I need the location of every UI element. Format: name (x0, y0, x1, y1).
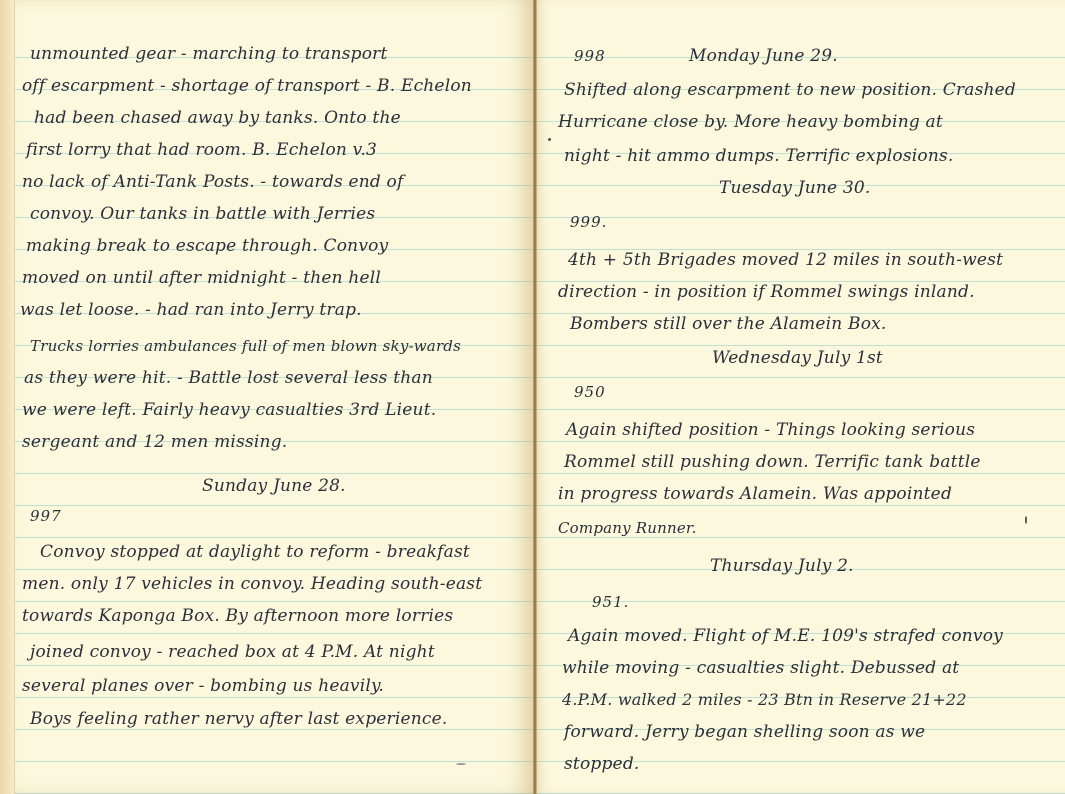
text-line: in progress towards Alamein. Was appoint… (558, 478, 952, 510)
right-page: 998 Monday June 29. Shifted along escarp… (534, 0, 1065, 794)
text-line: direction - in position if Rommel swings… (558, 276, 975, 308)
text-line: several planes over - bombing us heavily… (22, 670, 384, 702)
text-line: Hurricane close by. More heavy bombing a… (558, 106, 943, 138)
left-page: unmounted gear - marching to transport o… (0, 0, 534, 794)
ink-mark (548, 138, 551, 141)
text-line: we were left. Fairly heavy casualties 3r… (22, 394, 436, 426)
text-line: sergeant and 12 men missing. (22, 426, 287, 458)
text-line: Bombers still over the Alamein Box. (570, 308, 887, 340)
text-line: no lack of Anti-Tank Posts. - towards en… (22, 166, 404, 198)
entry-day-number: 950 (574, 376, 606, 408)
text-line: had been chased away by tanks. Onto the (34, 102, 401, 134)
ink-mark (1025, 516, 1027, 524)
book-gutter (533, 0, 537, 794)
entry-date: Sunday June 28. (202, 470, 346, 502)
text-line: Rommel still pushing down. Terrific tank… (564, 446, 981, 478)
entry-day-number: 999. (570, 206, 607, 238)
entry-date: Thursday July 2. (710, 550, 854, 582)
entry-day-number: 951. (592, 586, 629, 618)
entry-day-number: 997 (30, 500, 62, 532)
entry-date: Tuesday June 30. (719, 172, 871, 204)
ink-mark (456, 763, 466, 765)
text-line: while moving - casualties slight. Debuss… (562, 652, 959, 684)
entry-date: Wednesday July 1st (712, 342, 883, 374)
text-line: forward. Jerry began shelling soon as we (564, 716, 925, 748)
text-line: Company Runner. (558, 512, 697, 544)
text-line: unmounted gear - marching to transport (30, 38, 388, 70)
text-line: Again moved. Flight of M.E. 109's strafe… (568, 620, 1003, 652)
text-line: Trucks lorries ambulances full of men bl… (30, 330, 461, 362)
text-line: off escarpment - shortage of transport -… (22, 70, 472, 102)
diary-spread: unmounted gear - marching to transport o… (0, 0, 1065, 794)
text-line: was let loose. - had ran into Jerry trap… (20, 294, 362, 326)
text-line: towards Kaponga Box. By afternoon more l… (22, 600, 453, 632)
text-line: 4th + 5th Brigades moved 12 miles in sou… (568, 244, 1003, 276)
text-line: men. only 17 vehicles in convoy. Heading… (22, 568, 482, 600)
text-line: first lorry that had room. B. Echelon v.… (26, 134, 377, 166)
text-line: Boys feeling rather nervy after last exp… (30, 703, 448, 735)
text-line: 4.P.M. walked 2 miles - 23 Btn in Reserv… (562, 684, 967, 716)
entry-date: Monday June 29. (689, 40, 838, 72)
text-line: as they were hit. - Battle lost several … (24, 362, 433, 394)
entry-day-number: 998 (574, 40, 606, 72)
text-line: night - hit ammo dumps. Terrific explosi… (564, 140, 954, 172)
text-line: making break to escape through. Convoy (26, 230, 388, 262)
text-line: convoy. Our tanks in battle with Jerries (30, 198, 375, 230)
text-line: Again shifted position - Things looking … (566, 414, 975, 446)
text-line: moved on until after midnight - then hel… (22, 262, 381, 294)
text-line: Convoy stopped at daylight to reform - b… (40, 536, 470, 568)
text-line: stopped. (564, 748, 640, 780)
page-edge (0, 0, 15, 794)
text-line: Shifted along escarpment to new position… (564, 74, 1016, 106)
text-line: joined convoy - reached box at 4 P.M. At… (30, 636, 435, 668)
